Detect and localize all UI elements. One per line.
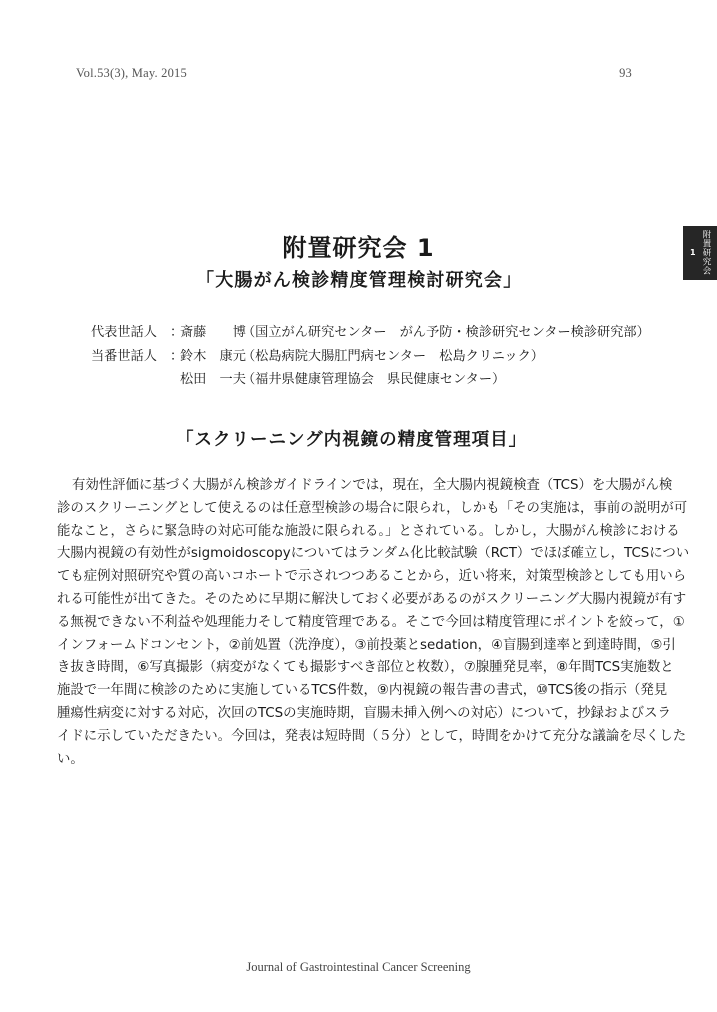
body-line: 診のスクリーニングとして使えるのは任意型検診の場合に限られ，しかも「その実施は，… (57, 498, 661, 521)
organizer-row: 代表世話人 ： 斎藤 博 （国立がん研究センター がん予防・検診研究センター検診… (91, 321, 650, 345)
section-heading: 「スクリーニング内視鏡の精度管理項目」 (176, 426, 527, 451)
body-line: ても症例対照研究や質の高いコホートで示されつつあることから，近い将来，対策型検診… (57, 566, 661, 589)
organizers-list: 代表世話人 ： 斎藤 博 （国立がん研究センター がん予防・検診研究センター検診… (91, 321, 650, 392)
body-paragraph: 有効性評価に基づく大腸がん検診ガイドラインでは，現在，全大腸内視鏡検査（TCS）… (57, 475, 661, 771)
body-line: インフォームドコンセント，②前処置（洗浄度），③前投薬とsedation，④盲腸… (57, 635, 661, 658)
organizer-affiliation: （松島病院大腸肛門病センター 松島クリニック） (242, 345, 544, 369)
organizer-role: 代表世話人 (91, 321, 170, 345)
body-line: 腫瘍性病変に対する対応，次回のTCSの実施時期，盲腸未挿入例への対応）について，… (57, 703, 661, 726)
body-line: き抜き時間，⑥写真撮影（病変がなくても撮影すべき部位と枚数），⑦腺腫発見率，⑧年… (57, 657, 661, 680)
page-title: 附置研究会 1 (0, 228, 717, 263)
journal-footer: Journal of Gastrointestinal Cancer Scree… (0, 960, 717, 975)
organizer-affiliation: （福井県健康管理協会 県民健康センター） (242, 368, 505, 392)
body-line: 有効性評価に基づく大腸がん検診ガイドラインでは，現在，全大腸内視鏡検査（TCS）… (57, 475, 661, 498)
organizer-name: 斎藤 博 (180, 321, 242, 345)
body-line: イドに示していただきたい。今回は，発表は短時間（５分）として，時間をかけて充分な… (57, 726, 661, 749)
body-line: い。 (57, 749, 661, 772)
body-line: 施設で一年間に検診のために実施しているTCS件数，⑨内視鏡の報告書の書式，⑩TC… (57, 680, 661, 703)
organizer-name: 鈴木 康元 (180, 345, 242, 369)
organizer-colon (170, 368, 180, 392)
organizer-role: 当番世話人 (91, 345, 170, 369)
organizer-role (91, 368, 170, 392)
page-number: 93 (619, 66, 632, 81)
running-head-volume: Vol.53(3), May. 2015 (76, 66, 187, 81)
body-line: れる可能性が出てきた。そのために早期に解決しておく必要があるのがスクリーニング大… (57, 589, 661, 612)
organizer-name: 松田 一夫 (180, 368, 242, 392)
organizer-row: 松田 一夫 （福井県健康管理協会 県民健康センター） (91, 368, 650, 392)
body-line: 能なこと，さらに緊急時の対応可能な施設に限られる。」とされている。しかし，大腸が… (57, 521, 661, 544)
organizer-affiliation: （国立がん研究センター がん予防・検診研究センター検診研究部） (242, 321, 650, 345)
page-subtitle: 「大腸がん検診精度管理検討研究会」 (196, 266, 522, 292)
organizer-row: 当番世話人 ： 鈴木 康元 （松島病院大腸肛門病センター 松島クリニック） (91, 345, 650, 369)
body-line: る無視できない不利益や処理能力そして精度管理である。そこで今回は精度管理にポイン… (57, 612, 661, 635)
organizer-colon: ： (170, 345, 180, 369)
body-line: 大腸内視鏡の有効性がsigmoidoscopyについてはランダム化比較試験（RC… (57, 543, 661, 566)
organizer-colon: ： (170, 321, 180, 345)
